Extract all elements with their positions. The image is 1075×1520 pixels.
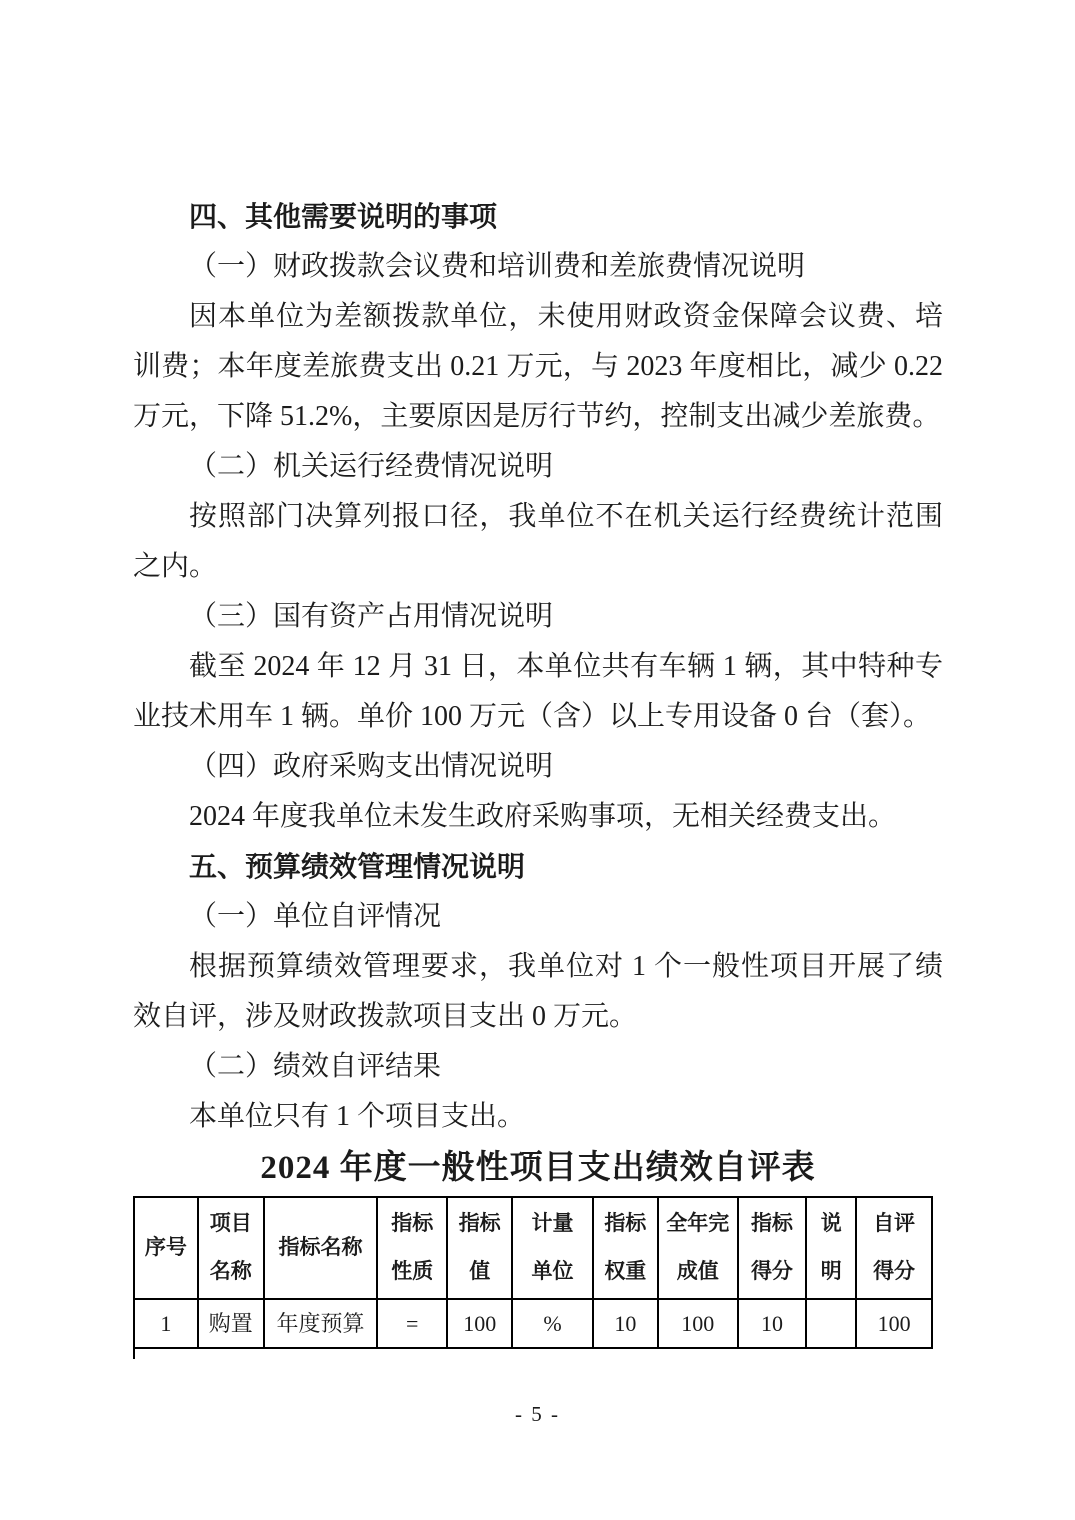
header-cell-indicator-name: 指标名称	[264, 1197, 378, 1299]
paragraph: 2024 年度我单位未发生政府采购事项，无相关经费支出。	[133, 792, 943, 842]
header-cell-weight: 指标 权重	[593, 1197, 658, 1299]
cell-seq: 1	[134, 1299, 198, 1348]
performance-table-wrapper: 序号 项目 名称 指标名称 指标 性质 指标 值 计量 单位 指标 权重 全年完…	[133, 1196, 943, 1349]
page-number: - 5 -	[0, 1402, 1075, 1427]
paragraph: 本单位只有 1 个项目支出。	[133, 1092, 943, 1142]
cell-indicator-nature: =	[377, 1299, 447, 1348]
subsection-heading-5-2: （二）绩效自评结果	[133, 1042, 943, 1092]
section-heading-5: 五、预算绩效管理情况说明	[133, 842, 943, 892]
header-cell-seq: 序号	[134, 1197, 198, 1299]
header-cell-note: 说 明	[806, 1197, 856, 1299]
header-cell-indicator-value: 指标 值	[447, 1197, 512, 1299]
paragraph: 按照部门决算列报口径，我单位不在机关运行经费统计范围之内。	[133, 492, 943, 592]
cell-indicator-score: 10	[738, 1299, 807, 1348]
subsection-heading-5-1: （一）单位自评情况	[133, 892, 943, 942]
header-cell-annual-completion: 全年完 成值	[658, 1197, 738, 1299]
cell-self-score: 100	[856, 1299, 932, 1348]
cell-unit: %	[512, 1299, 593, 1348]
header-cell-unit: 计量 单位	[512, 1197, 593, 1299]
table-header-row: 序号 项目 名称 指标名称 指标 性质 指标 值 计量 单位 指标 权重 全年完…	[134, 1197, 932, 1299]
table-row: 1 购置 年度预算 = 100 % 10 100 10 100	[134, 1299, 932, 1348]
performance-self-evaluation-table: 序号 项目 名称 指标名称 指标 性质 指标 值 计量 单位 指标 权重 全年完…	[133, 1196, 933, 1349]
paragraph: 截至 2024 年 12 月 31 日，本单位共有车辆 1 辆，其中特种专业技术…	[133, 642, 943, 742]
table-title: 2024 年度一般性项目支出绩效自评表	[133, 1142, 943, 1194]
cell-project-name: 购置	[198, 1299, 264, 1348]
cell-note	[806, 1299, 856, 1348]
subsection-heading-4-2: （二）机关运行经费情况说明	[133, 442, 943, 492]
header-cell-self-score: 自评 得分	[856, 1197, 932, 1299]
subsection-heading-4-1: （一）财政拨款会议费和培训费和差旅费情况说明	[133, 242, 943, 292]
cell-annual-completion: 100	[658, 1299, 738, 1348]
header-cell-project-name: 项目 名称	[198, 1197, 264, 1299]
cell-indicator-name: 年度预算	[264, 1299, 378, 1348]
cell-weight: 10	[593, 1299, 658, 1348]
paragraph: 因本单位为差额拨款单位，未使用财政资金保障会议费、培训费；本年度差旅费支出 0.…	[133, 292, 943, 442]
document-body: 四、其他需要说明的事项 （一）财政拨款会议费和培训费和差旅费情况说明 因本单位为…	[133, 192, 943, 1349]
header-cell-indicator-score: 指标 得分	[738, 1197, 807, 1299]
header-cell-indicator-nature: 指标 性质	[377, 1197, 447, 1299]
subsection-heading-4-4: （四）政府采购支出情况说明	[133, 742, 943, 792]
paragraph: 根据预算绩效管理要求，我单位对 1 个一般性项目开展了绩效自评，涉及财政拨款项目…	[133, 942, 943, 1042]
document-page: 四、其他需要说明的事项 （一）财政拨款会议费和培训费和差旅费情况说明 因本单位为…	[0, 0, 1075, 1520]
subsection-heading-4-3: （三）国有资产占用情况说明	[133, 592, 943, 642]
cell-indicator-value: 100	[447, 1299, 512, 1348]
section-heading-4: 四、其他需要说明的事项	[133, 192, 943, 242]
